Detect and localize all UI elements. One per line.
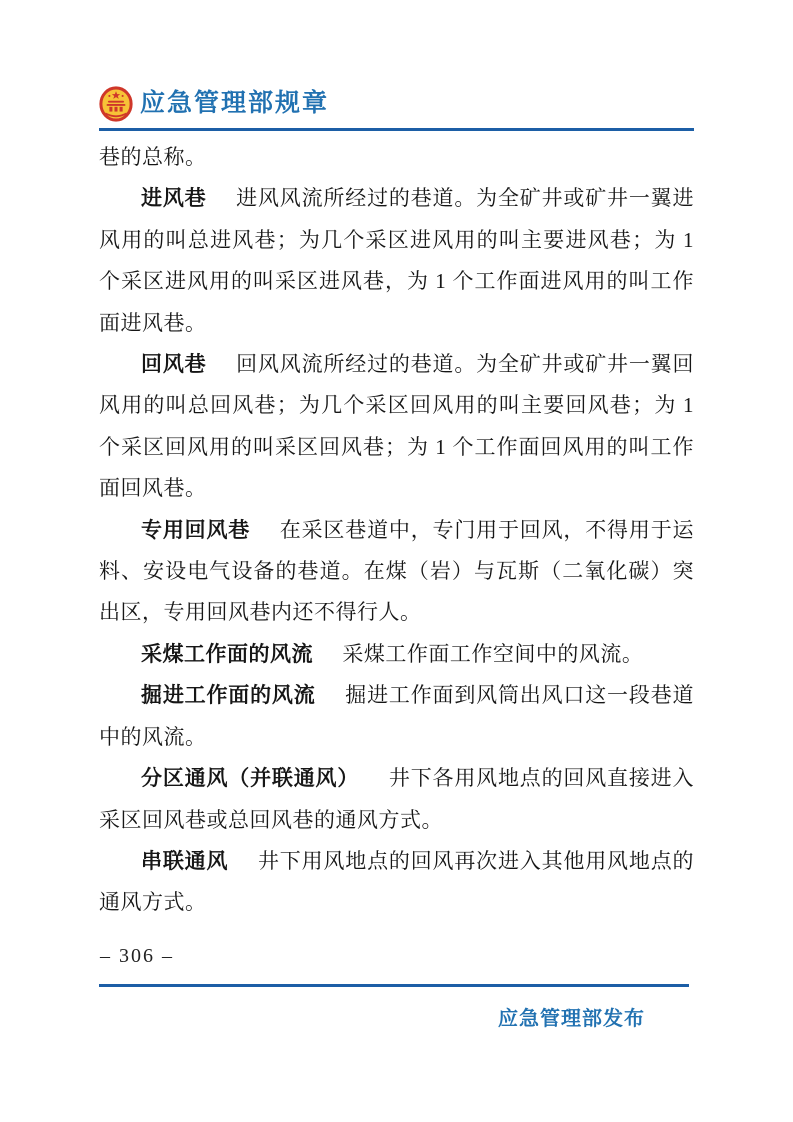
term-label: 进风巷 — [141, 187, 206, 210]
definition-paragraph: 采煤工作面的风流采煤工作面工作空间中的风流。 — [99, 634, 694, 675]
definition-paragraphs: 进风巷进风风流所经过的巷道。为全矿井或矿井一翼进风用的叫总进风巷；为几个采区进风… — [99, 178, 694, 923]
document-page: 应急管理部规章 巷的总称。 进风巷进风风流所经过的巷道。为全矿井或矿井一翼进风用… — [0, 0, 793, 1122]
definition-paragraph: 专用回风巷在采区巷道中，专门用于回风，不得用于运料、安设电气设备的巷道。在煤（岩… — [99, 510, 694, 634]
term-label: 采煤工作面的风流 — [141, 643, 313, 666]
term-label: 专用回风巷 — [141, 519, 250, 542]
term-label: 分区通风（并联通风） — [141, 767, 359, 790]
definition-paragraph: 分区通风（并联通风）井下各用风地点的回风直接进入采区回风巷或总回风巷的通风方式。 — [99, 758, 694, 841]
definition-paragraph: 串联通风井下用风地点的回风再次进入其他用风地点的通风方式。 — [99, 841, 694, 924]
term-label: 串联通风 — [141, 850, 228, 873]
page-number: – 306 – — [100, 945, 174, 968]
definition-paragraph: 回风巷回风风流所经过的巷道。为全矿井或矿井一翼回风用的叫总回风巷；为几个采区回风… — [99, 344, 694, 510]
national-emblem-icon — [99, 86, 133, 122]
header-title: 应急管理部规章 — [140, 91, 329, 118]
publisher-label: 应急管理部发布 — [99, 1002, 645, 1031]
definition-paragraph: 进风巷进风风流所经过的巷道。为全矿井或矿井一翼进风用的叫总进风巷；为几个采区进风… — [99, 178, 694, 344]
header-row: 应急管理部规章 — [99, 85, 694, 123]
term-label: 回风巷 — [141, 353, 206, 376]
term-definition: 采煤工作面工作空间中的风流。 — [342, 642, 643, 666]
page-header: 应急管理部规章 — [99, 85, 694, 131]
term-label: 掘进工作面的风流 — [141, 684, 316, 707]
header-rule — [99, 128, 694, 131]
continuation-line: 巷的总称。 — [99, 137, 694, 178]
definition-paragraph: 掘进工作面的风流掘进工作面到风筒出风口这一段巷道中的风流。 — [99, 675, 694, 758]
document-body: 巷的总称。 进风巷进风风流所经过的巷道。为全矿井或矿井一翼进风用的叫总进风巷；为… — [99, 137, 694, 924]
footer-rule — [99, 984, 689, 987]
